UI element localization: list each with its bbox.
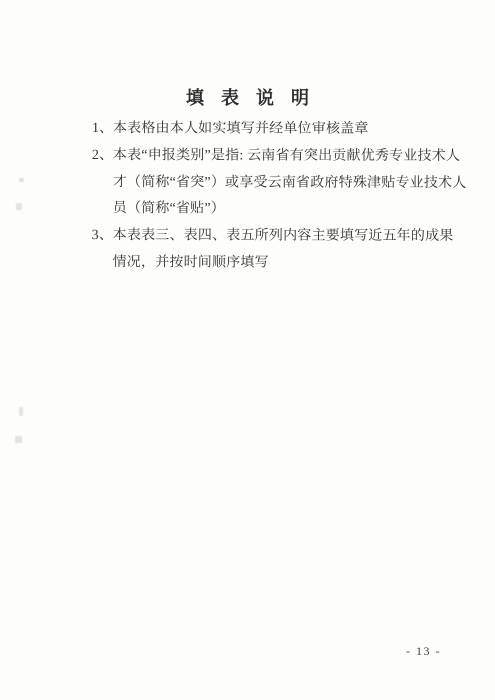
list-item: 1、本表格由本人如实填写并经单位审核盖章 — [92, 116, 460, 144]
item-line: 3、本表表三、表四、表五所列内容主要填写近五年的成果 — [92, 223, 460, 251]
item-text: 本表“申报类别”是指: 云南省有突出贡献优秀专业技术人 — [113, 148, 460, 164]
scan-artifact-speck — [16, 203, 22, 210]
scan-artifact-speck — [15, 436, 22, 443]
scan-artifact-speck — [19, 178, 24, 182]
item-text: 本表格由本人如实填写并经单位审核盖章 — [113, 121, 369, 137]
item-line: 员（简称“省贴”） — [92, 196, 460, 224]
list-item: 3、本表表三、表四、表五所列内容主要填写近五年的成果 情况，并按时间顺序填写 — [92, 223, 460, 278]
item-text: 本表表三、表四、表五所列内容主要填写近五年的成果 — [113, 228, 454, 244]
item-line: 才（简称“省突”）或享受云南省政府特殊津贴专业技术人 — [92, 170, 460, 198]
scanned-document-page: 填表说明 1、本表格由本人如实填写并经单位审核盖章 2、本表“申报类别”是指: … — [0, 0, 495, 700]
item-number: 1、 — [92, 116, 113, 143]
item-number: 3、 — [92, 223, 113, 250]
page-title: 填表说明 — [0, 84, 495, 110]
page-number: - 13 - — [406, 644, 441, 659]
item-line: 2、本表“申报类别”是指: 云南省有突出贡献优秀专业技术人 — [92, 143, 460, 171]
scan-artifact-speck — [19, 407, 23, 416]
item-line: 1、本表格由本人如实填写并经单位审核盖章 — [92, 116, 460, 144]
item-line: 情况，并按时间顺序填写 — [92, 250, 460, 278]
instructions-list: 1、本表格由本人如实填写并经单位审核盖章 2、本表“申报类别”是指: 云南省有突… — [92, 116, 460, 278]
item-number: 2、 — [92, 143, 113, 170]
list-item: 2、本表“申报类别”是指: 云南省有突出贡献优秀专业技术人 才（简称“省突”）或… — [92, 143, 460, 224]
